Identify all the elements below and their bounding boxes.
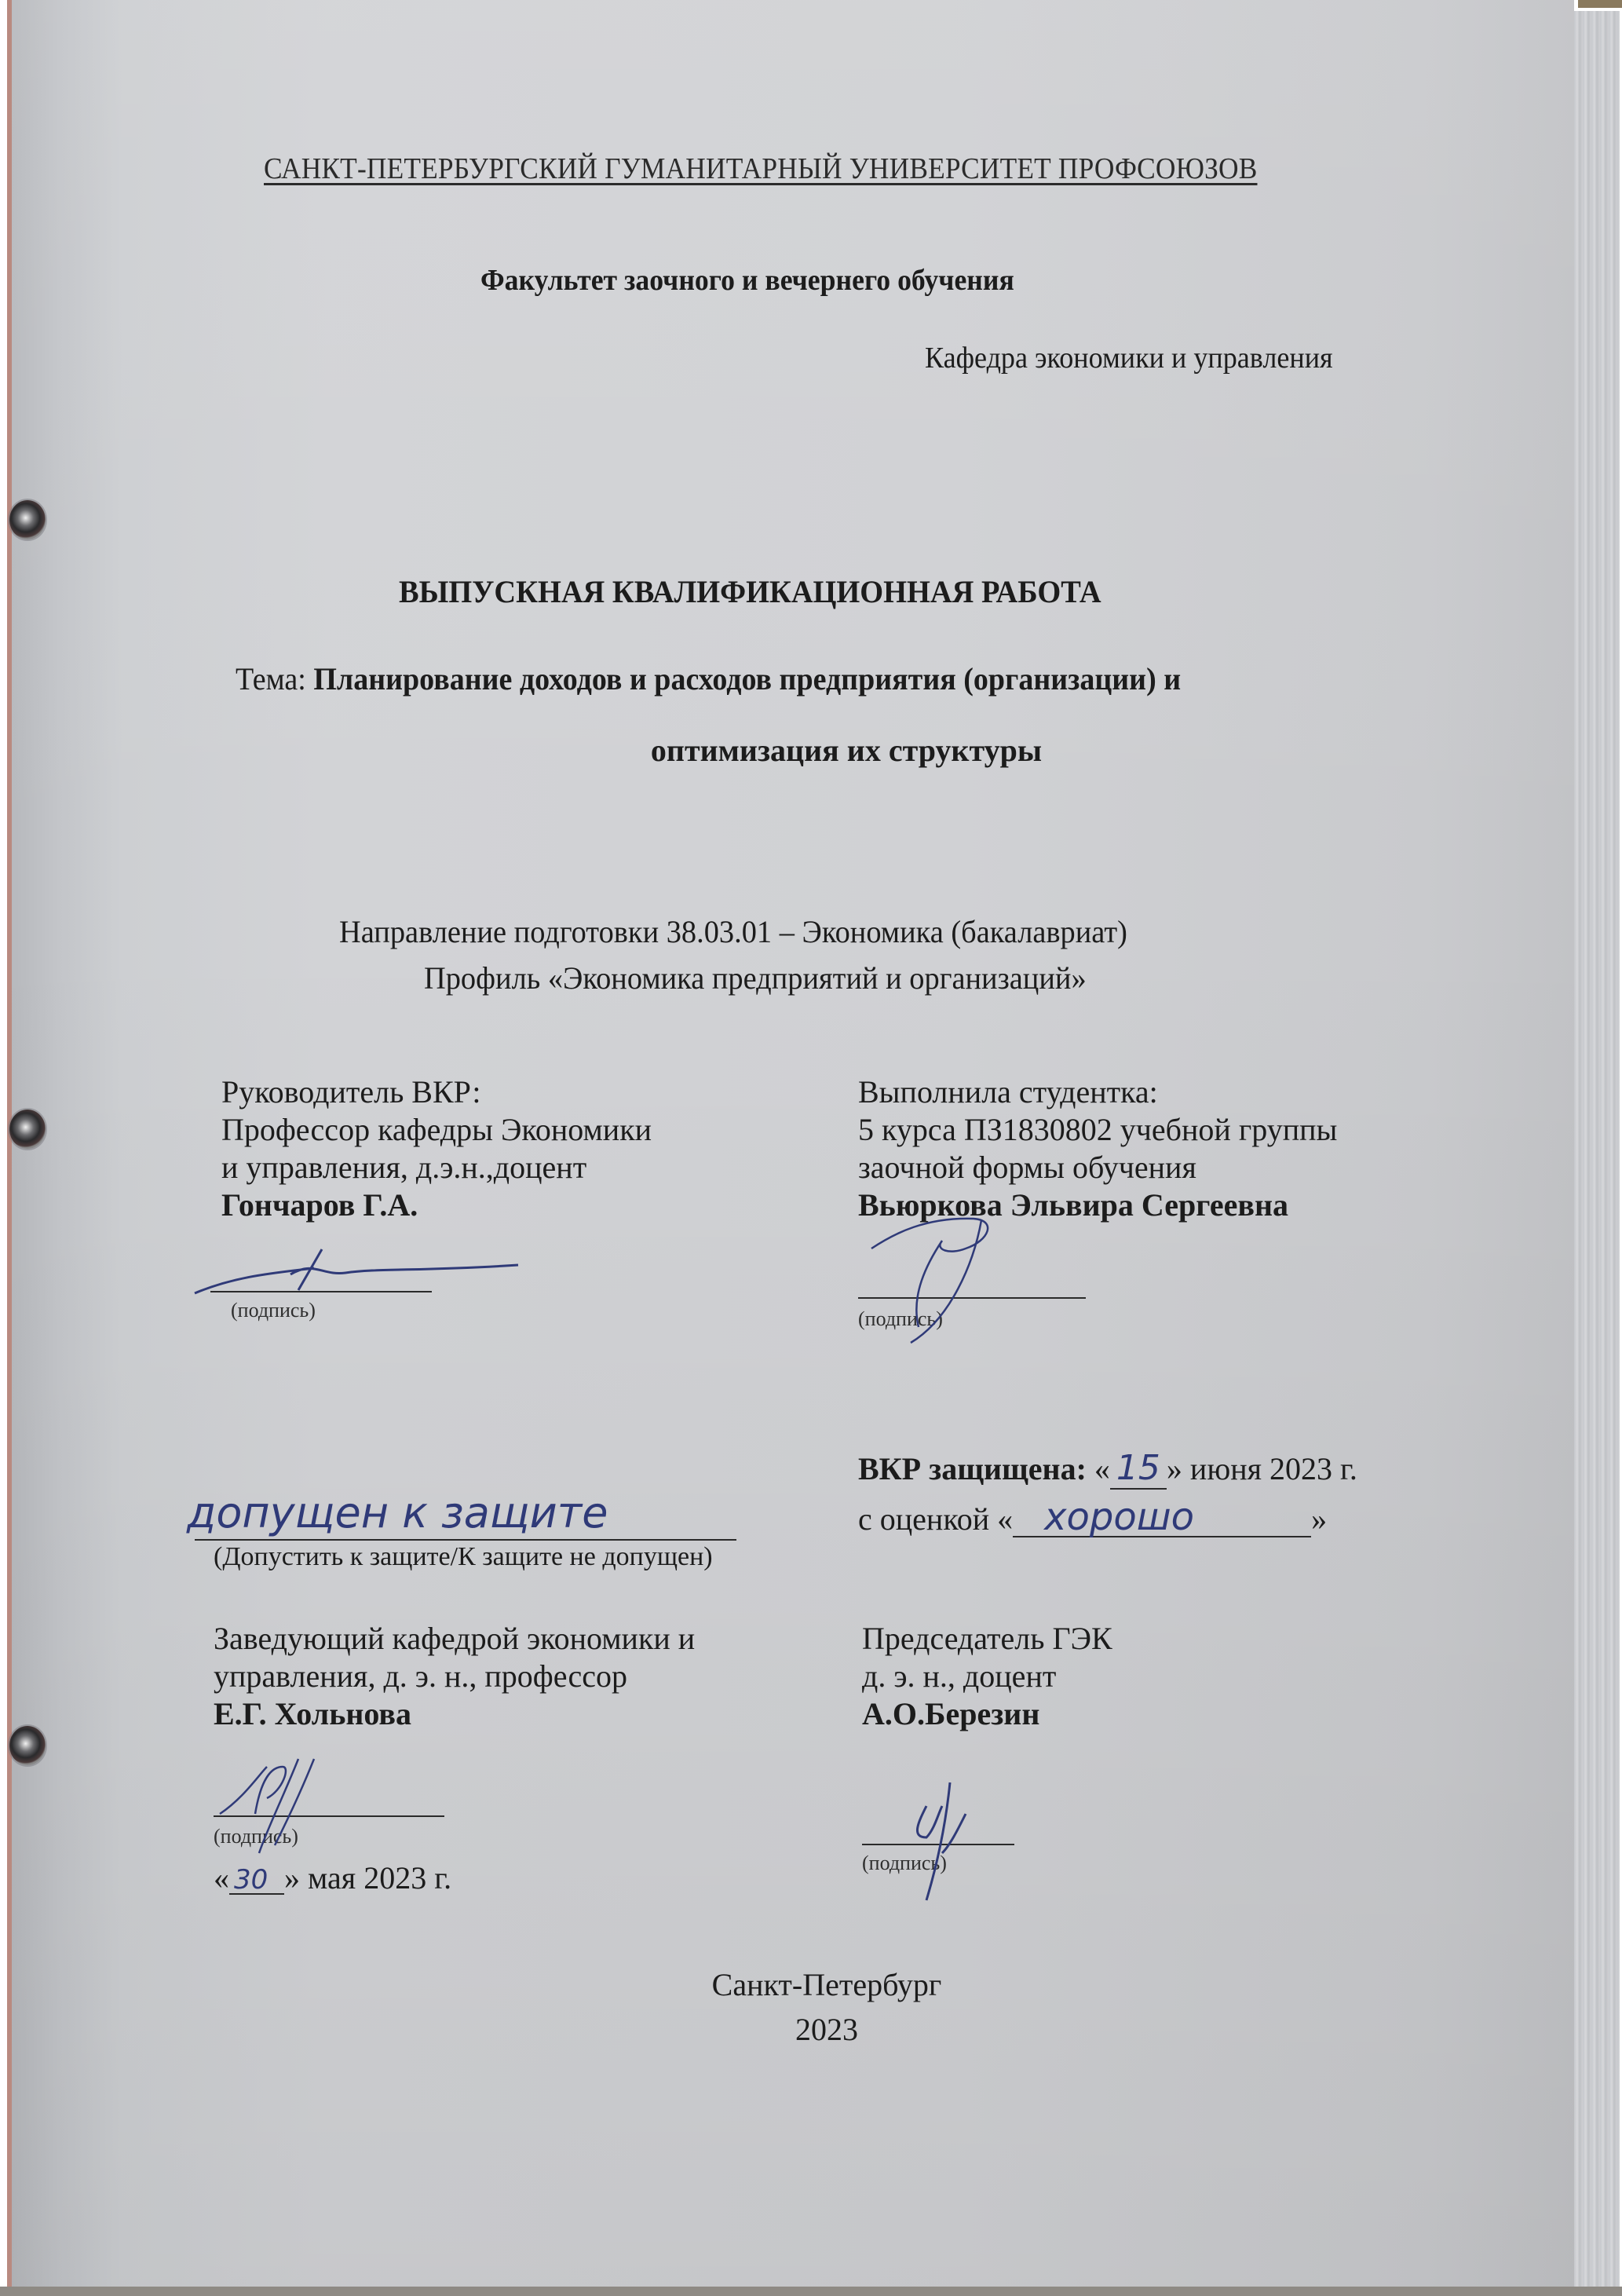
study-direction: Направление подготовки 38.03.01 – Эконом… [339, 916, 1127, 948]
chairman-block: Председатель ГЭК д. э. н., доцент А.О.Бе… [862, 1620, 1112, 1733]
head-of-department-block: Заведующий кафедрой экономики и управлен… [214, 1620, 695, 1733]
student-block: Выполнила студентка: 5 курса ПЗ1830802 у… [858, 1073, 1337, 1224]
head-position-1: Заведующий кафедрой экономики и [214, 1620, 695, 1658]
student-group: 5 курса ПЗ1830802 учебной группы [858, 1111, 1337, 1149]
topic-text: Планирование доходов и расходов предприя… [313, 661, 1181, 696]
topic-line-2: оптимизация их структуры [0, 735, 1622, 766]
defense-line: ВКР защищена: «15» июня 2023 г. [858, 1451, 1357, 1486]
department-name: Кафедра экономики и управления [925, 343, 1333, 373]
defense-quote-open: « [1087, 1451, 1110, 1486]
supervisor-name: Гончаров Г.А. [221, 1186, 652, 1224]
topic-line-1: Тема: Планирование доходов и расходов пр… [236, 664, 1181, 695]
head-date-line: «30» мая 2023 г. [214, 1863, 451, 1895]
defense-date-rest: » июня 2023 г. [1167, 1451, 1357, 1486]
grade-prefix: с оценкой « [858, 1501, 1013, 1537]
footer-city: Санкт-Петербург [0, 1969, 1622, 2001]
binder-hole-icon [9, 1726, 46, 1765]
binder-hole-icon [9, 500, 46, 539]
head-name: Е.Г. Хольнова [214, 1695, 695, 1733]
supervisor-position-2: и управления, д.э.н.,доцент [221, 1149, 652, 1186]
work-type-title: ВЫПУСКНАЯ КВАЛИФИКАЦИОННАЯ РАБОТА [399, 576, 1101, 608]
bottom-edge [0, 2287, 1622, 2296]
head-day-handwritten: 30 [229, 1866, 284, 1895]
admission-line [195, 1539, 736, 1541]
head-signature-icon [212, 1751, 369, 1861]
grade-handwritten: хорошо [1013, 1498, 1311, 1537]
chairman-signature-icon [903, 1775, 997, 1908]
chairman-name: А.О.Березин [862, 1695, 1112, 1733]
footer-year: 2023 [0, 2014, 1622, 2046]
binder-hole-icon [9, 1110, 46, 1149]
background-edge [0, 0, 7, 2296]
supervisor-label: Руководитель ВКР: [221, 1073, 652, 1111]
student-study-form: заочной формы обучения [858, 1149, 1337, 1186]
chairman-position-2: д. э. н., доцент [862, 1658, 1112, 1695]
head-position-2: управления, д. э. н., профессор [214, 1658, 695, 1695]
paper-stack-edge [1574, 11, 1620, 2287]
supervisor-position-1: Профессор кафедры Экономики [221, 1111, 652, 1149]
defense-day-handwritten: 15 [1110, 1448, 1167, 1490]
faculty-name: Факультет заочного и вечернего обучения [480, 265, 1014, 295]
supervisor-block: Руководитель ВКР: Профессор кафедры Экон… [221, 1073, 652, 1224]
grade-suffix: » [1311, 1501, 1327, 1537]
head-date-rest: » мая 2023 г. [284, 1860, 451, 1896]
defense-label: ВКР защищена: [858, 1451, 1087, 1486]
topic-label: Тема: [236, 661, 313, 696]
admission-handwritten: допущен к защите [187, 1488, 608, 1537]
grade-line: с оценкой «хорошо» [858, 1498, 1327, 1537]
admission-caption: (Допустить к защите/К защите не допущен) [214, 1544, 713, 1570]
stack-top-edge [1578, 0, 1622, 8]
student-signature-icon [864, 1209, 1068, 1351]
university-name: САНКТ-ПЕТЕРБУРГСКИЙ ГУМАНИТАРНЫЙ УНИВЕРС… [264, 154, 1257, 184]
head-date-open: « [214, 1860, 229, 1896]
study-profile: Профиль «Экономика предприятий и организ… [424, 963, 1087, 994]
student-label: Выполнила студентка: [858, 1073, 1337, 1111]
chairman-position-1: Председатель ГЭК [862, 1620, 1112, 1658]
supervisor-signature-icon [188, 1245, 534, 1307]
